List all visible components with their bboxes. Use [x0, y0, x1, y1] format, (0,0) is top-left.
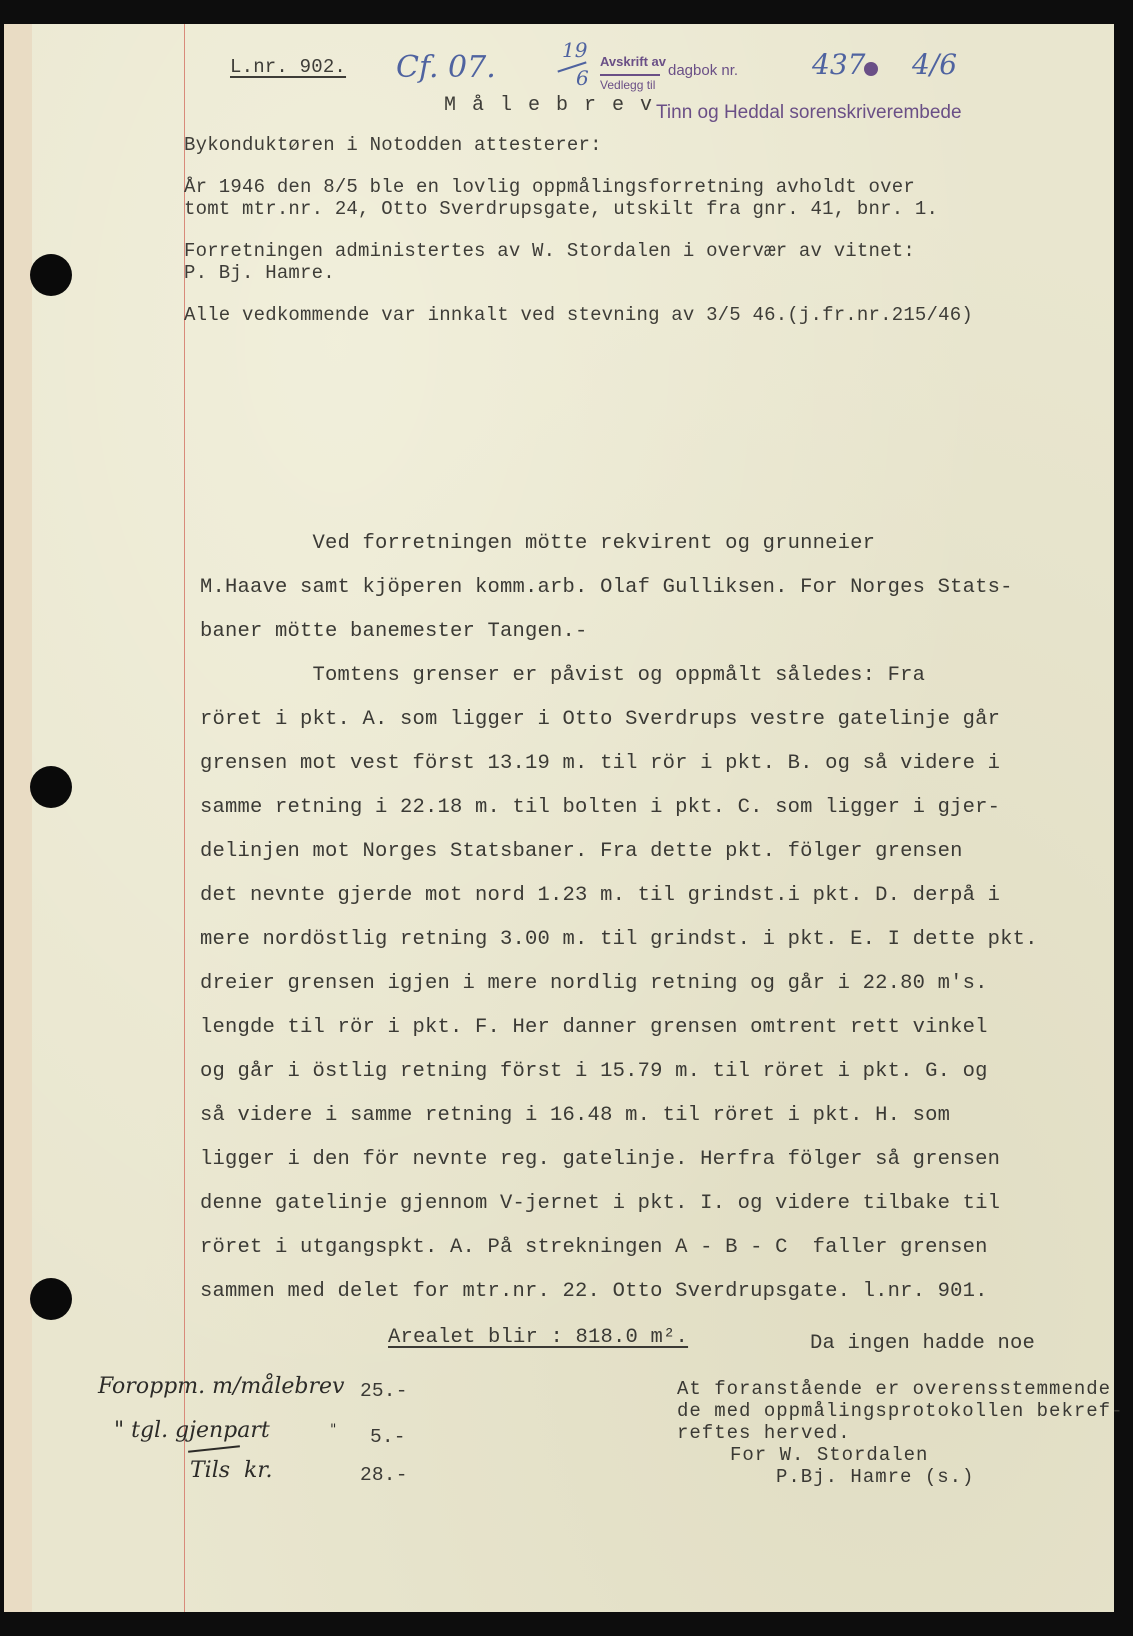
stamp-avskrift: Avskrift av	[600, 54, 666, 69]
stamp-vedlegg: Vedlegg til	[600, 78, 655, 92]
stamp-rule	[600, 74, 660, 76]
stamp-dagbok: dagbok nr.	[668, 62, 738, 79]
body-line: röret i utgangspkt. A. På strekningen A …	[200, 1236, 988, 1259]
handwritten-date-den: 6	[576, 66, 589, 90]
body-line: delinjen mot Norges Statsbaner. Fra dett…	[200, 840, 963, 863]
handwritten-year: 4/6	[912, 48, 957, 81]
fee-amount-survey: 25.-	[360, 1380, 408, 1402]
body-line: og går i östlig retning först i 15.79 m.…	[200, 1060, 988, 1083]
lnr-label: L.nr. 902.	[230, 56, 346, 78]
page-edge-strip	[4, 24, 32, 1612]
body-line: Ved forretningen mötte rekvirent og grun…	[200, 532, 875, 555]
fee-amount-copy: 5.-	[370, 1426, 406, 1448]
area-total: Arealet blir : 818.0 m².	[388, 1326, 688, 1349]
fee-ditto-mark: "	[330, 1422, 336, 1438]
punch-hole-icon	[30, 1278, 72, 1320]
fee-total-amount: 28.-	[360, 1464, 408, 1486]
intro-para2-line1: Forretningen administertes av W. Stordal…	[184, 240, 915, 262]
intro-para1-line1: År 1946 den 8/5 ble en lovlig oppmålings…	[184, 176, 915, 198]
body-line: Tomtens grenser er påvist og oppmålt sål…	[200, 664, 925, 687]
body-line: baner mötte banemester Tangen.-	[200, 620, 588, 643]
intro-attest: Bykonduktøren i Notodden attesterer:	[184, 134, 602, 156]
fee-total-label: Tils kr.	[190, 1458, 272, 1483]
body-line: mere nordöstlig retning 3.00 m. til grin…	[200, 928, 1038, 951]
stamp-court: Tinn og Heddal sorenskriverembede	[656, 102, 962, 124]
body-line: dreier grensen igjen i mere nordlig retn…	[200, 972, 988, 995]
cert-signature: P.Bj. Hamre (s.)	[776, 1466, 974, 1488]
body-line: denne gatelinje gjennom V-jernet i pkt. …	[200, 1192, 1000, 1215]
intro-para1-line2: tomt mtr.nr. 24, Otto Sverdrupsgate, uts…	[184, 198, 938, 220]
cert-for-line: For W. Stordalen	[730, 1444, 928, 1466]
sum-rule	[188, 1445, 240, 1452]
body-line: samme retning i 22.18 m. til bolten i pk…	[200, 796, 1000, 819]
body-line: ligger i den för nevnte reg. gatelinje. …	[200, 1148, 1000, 1171]
punch-hole-icon	[30, 254, 72, 296]
handwritten-date-num: 19	[562, 38, 587, 62]
cert-line: de med oppmålingsprotokollen bekref-	[677, 1400, 1123, 1422]
area-tail: Da ingen hadde noe	[810, 1332, 1035, 1355]
body-line: det nevnte gjerde mot nord 1.23 m. til g…	[200, 884, 1000, 907]
handwritten-ref: Cf. 07.	[396, 50, 496, 85]
fee-label-survey: Foroppm. m/målebrev	[98, 1374, 344, 1399]
punch-hole-icon	[30, 766, 72, 808]
cert-line: reftes herved.	[677, 1422, 851, 1444]
body-line: lengde til rör i pkt. F. Her danner gren…	[200, 1016, 988, 1039]
body-line: M.Haave samt kjöperen komm.arb. Olaf Gul…	[200, 576, 1013, 599]
stamp-mark-icon	[864, 62, 878, 76]
cert-line: At foranstående er overensstemmende	[677, 1378, 1111, 1400]
intro-para3: Alle vedkommende var innkalt ved stevnin…	[184, 304, 973, 326]
fee-label-copy: " tgl. gjenpart	[114, 1418, 270, 1443]
handwritten-number: 437	[812, 48, 865, 81]
document-page: L.nr. 902. Cf. 07. 19 6 Avskrift av dagb…	[4, 24, 1114, 1612]
document-title: M å l e b r e v	[444, 94, 654, 117]
body-line: grensen mot vest först 13.19 m. til rör …	[200, 752, 1000, 775]
body-line: röret i pkt. A. som ligger i Otto Sverdr…	[200, 708, 1000, 731]
body-line: sammen med delet for mtr.nr. 22. Otto Sv…	[200, 1280, 988, 1303]
body-line: så videre i samme retning i 16.48 m. til…	[200, 1104, 950, 1127]
intro-para2-line2: P. Bj. Hamre.	[184, 262, 335, 284]
